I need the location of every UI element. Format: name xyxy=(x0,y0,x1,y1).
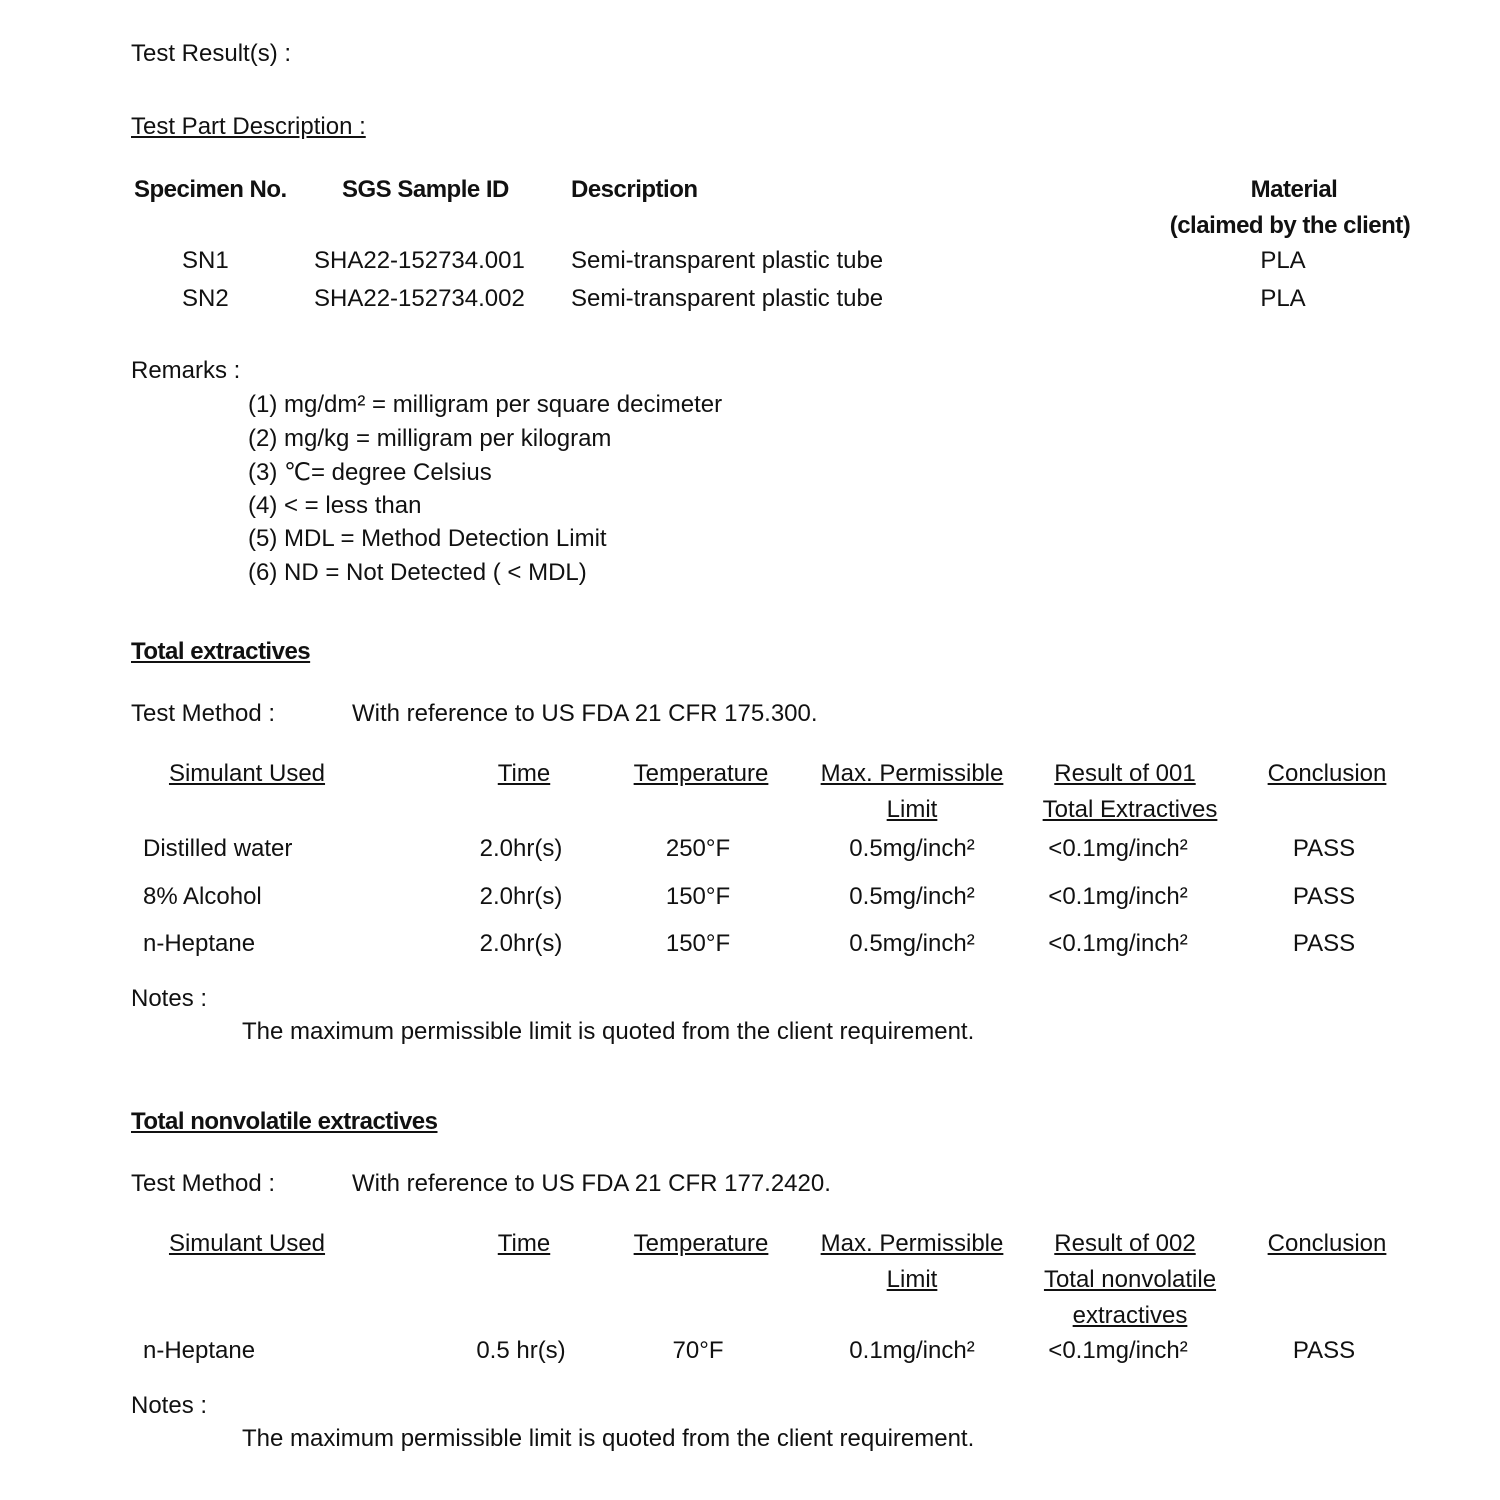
col-result: Result of 002 xyxy=(1054,1230,1195,1258)
sample-id: SHA22-152734.002 xyxy=(314,285,525,313)
table-cell: n-Heptane xyxy=(143,930,255,958)
col-conclusion: Conclusion xyxy=(1268,760,1387,788)
remark-item: (1) mg/dm² = milligram per square decime… xyxy=(248,391,722,419)
col-time: Time xyxy=(498,760,550,788)
method-label: Test Method : xyxy=(131,700,275,728)
col-result: Result of 001 xyxy=(1054,760,1195,788)
method-text: With reference to US FDA 21 CFR 177.2420… xyxy=(352,1170,831,1198)
table-cell: 8% Alcohol xyxy=(143,883,262,911)
remarks-label: Remarks : xyxy=(131,357,240,385)
material: PLA xyxy=(1260,247,1305,275)
remark-item: (6) ND = Not Detected ( < MDL) xyxy=(248,559,587,587)
remark-item: (2) mg/kg = milligram per kilogram xyxy=(248,425,611,453)
table-cell: <0.1mg/inch² xyxy=(1048,883,1187,911)
remark-item: (4) < = less than xyxy=(248,492,421,520)
header-material: Material xyxy=(1251,176,1338,204)
col-limit-2: Limit xyxy=(887,1266,938,1294)
header-specimen: Specimen No. xyxy=(134,176,287,204)
col-result-2: Total nonvolatile xyxy=(1044,1266,1216,1294)
specimen-no: SN2 xyxy=(182,285,229,313)
header-sample-id: SGS Sample ID xyxy=(342,176,509,204)
table-cell: 2.0hr(s) xyxy=(480,930,563,958)
col-result-2: Total Extractives xyxy=(1043,796,1218,824)
table-cell: Distilled water xyxy=(143,835,292,863)
note-text: The maximum permissible limit is quoted … xyxy=(242,1018,974,1046)
table-cell: 2.0hr(s) xyxy=(480,883,563,911)
notes-label: Notes : xyxy=(131,1392,207,1420)
col-limit: Max. Permissible xyxy=(821,760,1004,788)
description: Semi-transparent plastic tube xyxy=(571,247,883,275)
material: PLA xyxy=(1260,285,1305,313)
table-cell: <0.1mg/inch² xyxy=(1048,930,1187,958)
sample-id: SHA22-152734.001 xyxy=(314,247,525,275)
col-limit-2: Limit xyxy=(887,796,938,824)
method-text: With reference to US FDA 21 CFR 175.300. xyxy=(352,700,818,728)
table-cell: n-Heptane xyxy=(143,1337,255,1365)
specimen-no: SN1 xyxy=(182,247,229,275)
table-cell: <0.1mg/inch² xyxy=(1048,1337,1187,1365)
table-cell: <0.1mg/inch² xyxy=(1048,835,1187,863)
header-description: Description xyxy=(571,176,698,204)
col-limit: Max. Permissible xyxy=(821,1230,1004,1258)
section-title: Total extractives xyxy=(131,638,310,666)
table-cell: 0.5 hr(s) xyxy=(476,1337,565,1365)
col-time: Time xyxy=(498,1230,550,1258)
col-result-3: extractives xyxy=(1073,1302,1188,1330)
col-simulant: Simulant Used xyxy=(169,1230,325,1258)
part-description-label: Test Part Description : xyxy=(131,113,366,141)
col-temp: Temperature xyxy=(634,760,769,788)
table-cell: 0.5mg/inch² xyxy=(849,930,974,958)
remark-item: (3) ℃= degree Celsius xyxy=(248,458,492,487)
table-cell: 0.5mg/inch² xyxy=(849,883,974,911)
description: Semi-transparent plastic tube xyxy=(571,285,883,313)
table-cell: 150°F xyxy=(666,883,730,911)
note-text: The maximum permissible limit is quoted … xyxy=(242,1425,974,1453)
table-cell: 0.1mg/inch² xyxy=(849,1337,974,1365)
report-page: Test Result(s) :Test Part Description :S… xyxy=(0,0,1500,1500)
remark-item: (5) MDL = Method Detection Limit xyxy=(248,525,607,553)
col-conclusion: Conclusion xyxy=(1268,1230,1387,1258)
method-label: Test Method : xyxy=(131,1170,275,1198)
col-simulant: Simulant Used xyxy=(169,760,325,788)
notes-label: Notes : xyxy=(131,985,207,1013)
test-results-label: Test Result(s) : xyxy=(131,40,291,68)
table-cell: 150°F xyxy=(666,930,730,958)
table-cell: PASS xyxy=(1293,883,1355,911)
col-temp: Temperature xyxy=(634,1230,769,1258)
table-cell: PASS xyxy=(1293,930,1355,958)
table-cell: 2.0hr(s) xyxy=(480,835,563,863)
table-cell: PASS xyxy=(1293,835,1355,863)
table-cell: 250°F xyxy=(666,835,730,863)
section-title: Total nonvolatile extractives xyxy=(131,1108,438,1136)
header-material-note: (claimed by the client) xyxy=(1170,212,1411,240)
table-cell: 0.5mg/inch² xyxy=(849,835,974,863)
table-cell: PASS xyxy=(1293,1337,1355,1365)
table-cell: 70°F xyxy=(673,1337,724,1365)
